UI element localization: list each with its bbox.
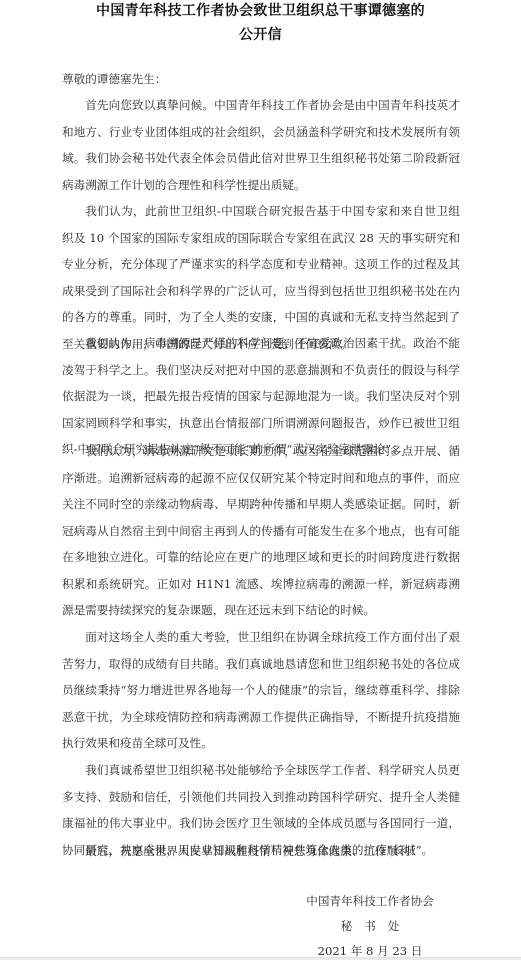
paragraph-who-efforts: 面对这场全人类的重大考验，世卫组织在协调全球抗疫工作方面付出了艰苦努力，取得的成… — [62, 624, 460, 757]
letter-title-subtitle: 公开信 — [0, 24, 521, 44]
paragraph-introduction: 首先向您致以真挚问候。中国青年科技工作者协会是由中国青年科技英才和地方、行业专业… — [62, 92, 460, 198]
paragraph-long-term-research: 我们认为，病毒溯源研究是项长期工作，应当在全球范围内多点开展、循序渐进。追溯新冠… — [62, 438, 460, 624]
signature-organization: 中国青年科技工作者协会 — [300, 893, 440, 909]
letter-page: 中国青年科技工作者协会致世卫组织总干事谭德塞的 公开信 尊敬的谭德塞先生： 首先… — [0, 0, 521, 957]
salutation: 尊敬的谭德塞先生： — [62, 66, 166, 93]
letter-title: 中国青年科技工作者协会致世卫组织总干事谭德塞的 — [0, 0, 521, 20]
signature-office: 秘书处 — [300, 918, 440, 934]
paragraph-closing: 最后，祝愿全世界人民早日战胜疫情！祝您身体健康、工作顺利！ — [62, 838, 460, 865]
